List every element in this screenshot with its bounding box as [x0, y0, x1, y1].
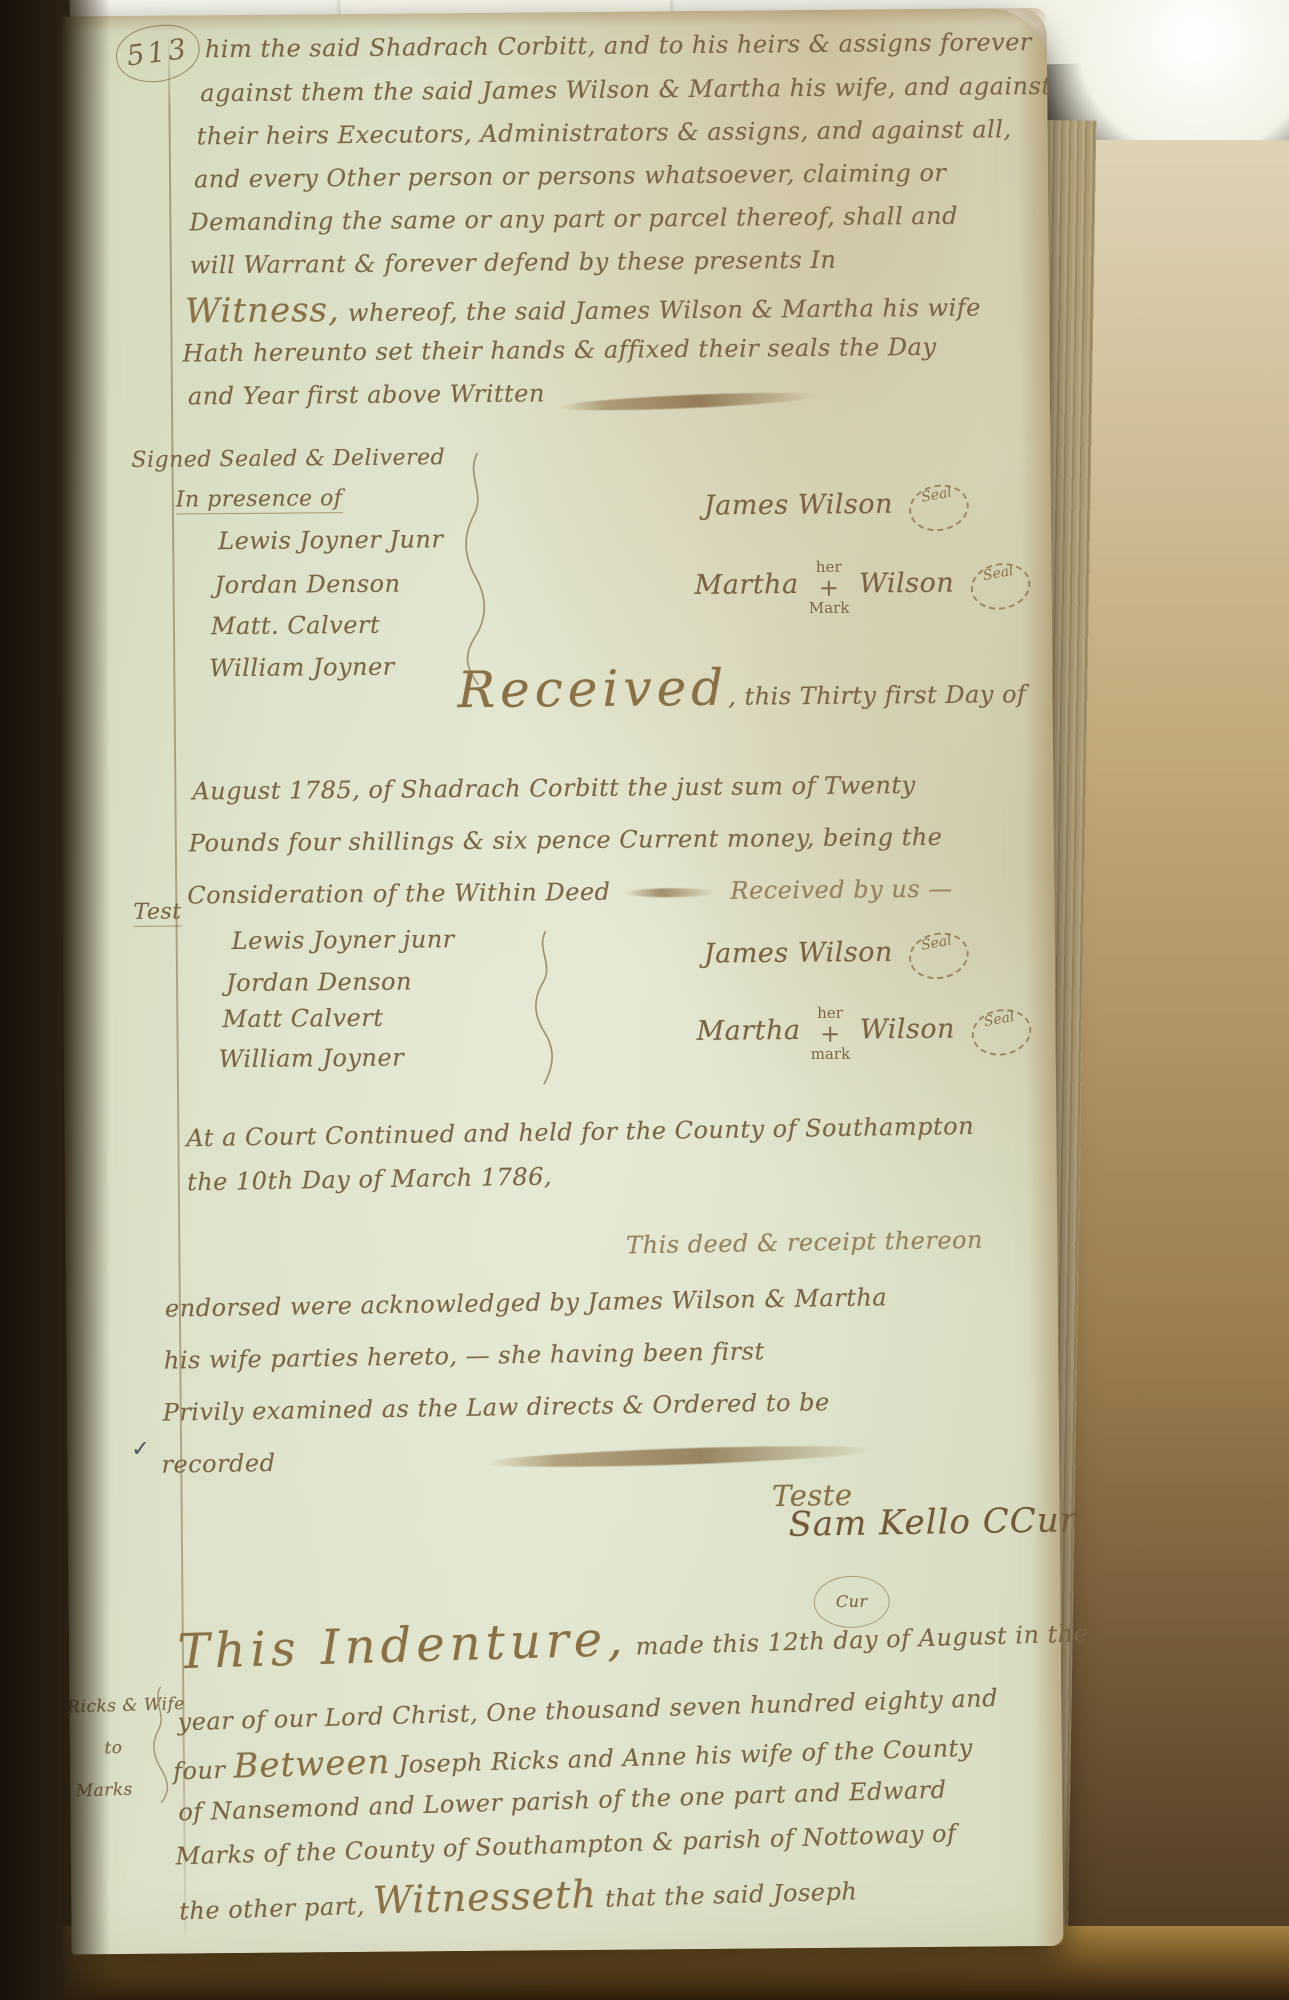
indenture-heading-line: This Indenture, made this 12th day of Au…	[177, 1597, 1089, 1680]
witnesseth-word: Witnesseth	[372, 1872, 597, 1923]
indenture-line6-pre: the other part,	[179, 1892, 365, 1925]
book-spine-gutter	[0, 0, 110, 2000]
indenture-line3-rest: Joseph Ricks and Anne his wife of the Co…	[398, 1734, 973, 1779]
deed-book-photograph: 513 him the said Shadrach Corbitt, and t…	[0, 0, 1289, 2000]
indenture-line3-pre: four	[173, 1756, 226, 1786]
indenture-line: Marks of the County of Southampton & par…	[175, 1819, 957, 1870]
manuscript-text-layer: 513 him the said Shadrach Corbitt, and t…	[0, 0, 1289, 2000]
indenture-heading: This Indenture,	[177, 1611, 628, 1680]
indenture-line1-rest: made this 12th day of August in the	[635, 1619, 1088, 1660]
indenture-line6-rest: that the said Joseph	[605, 1877, 858, 1912]
indenture-line: the other part, Witnesseth that the said…	[178, 1864, 857, 1928]
indenture-opening: Ricks & Wife to Marks This Indenture, ma…	[0, 0, 1289, 2000]
between-word: Between	[233, 1742, 391, 1787]
docket-brace	[149, 1685, 173, 1806]
